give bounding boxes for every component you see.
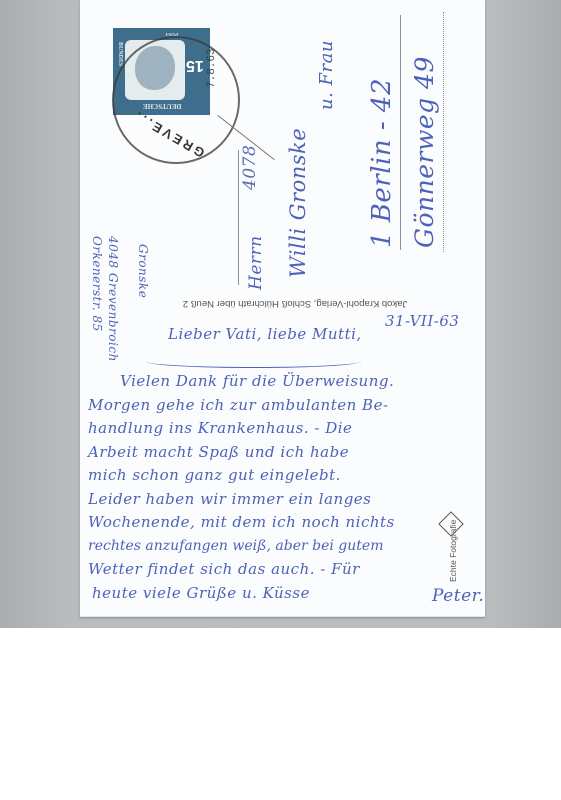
message-line: handlung ins Krankenhaus. - Die <box>88 417 483 441</box>
address-salutation: Herrn <box>246 235 266 290</box>
message-body: Vielen Dank für die Überweisung. Morgen … <box>88 370 483 605</box>
address-note: 4078 <box>240 145 260 190</box>
address-name: Willi Gronske <box>286 128 310 278</box>
sender-line3: Orkenerstr. 85 <box>90 236 104 332</box>
message-line: mich schon ganz gut eingelebt. <box>88 464 483 488</box>
message-line: Morgen gehe ich zur ambulanten Be- <box>88 394 483 418</box>
message-line: Arbeit macht Spaß und ich habe <box>88 441 483 465</box>
sender-line2: 4048 Grevenbroich <box>106 236 120 362</box>
address-rule-2 <box>400 15 401 250</box>
message-line: Vielen Dank für die Überweisung. <box>88 370 483 394</box>
message-date: 31-VII-63 <box>385 312 459 330</box>
message-greeting: Lieber Vati, liebe Mutti, <box>168 325 362 343</box>
address-rule-1 <box>238 150 239 285</box>
signature: Peter. <box>432 586 484 606</box>
publisher-imprint: Jakob Krapohl-Verlag, Schloß Hülchrath ü… <box>155 298 435 309</box>
sender-line1: Gronske <box>136 244 150 298</box>
stamp-issuer: BUNDES <box>117 42 123 66</box>
address-street: Gönnerweg 49 <box>410 56 439 248</box>
postmark-date: 7.8.63 <box>206 48 218 88</box>
message-line: heute viele Grüße u. Küsse <box>88 582 483 606</box>
message-line: Leider haben wir immer ein langes <box>88 488 483 512</box>
message-line: Wetter findet sich das auch. - Für <box>88 558 483 582</box>
message-line: Wochenende, mit dem ich noch nichts <box>88 511 483 535</box>
greeting-underline <box>146 355 361 368</box>
message-line: rechtes anzufangen weiß, aber bei gutem <box>88 535 483 559</box>
address-rule-3 <box>443 12 444 252</box>
address-name-line2: u. Frau <box>316 40 337 110</box>
address-city: 1 Berlin - 42 <box>367 78 397 248</box>
